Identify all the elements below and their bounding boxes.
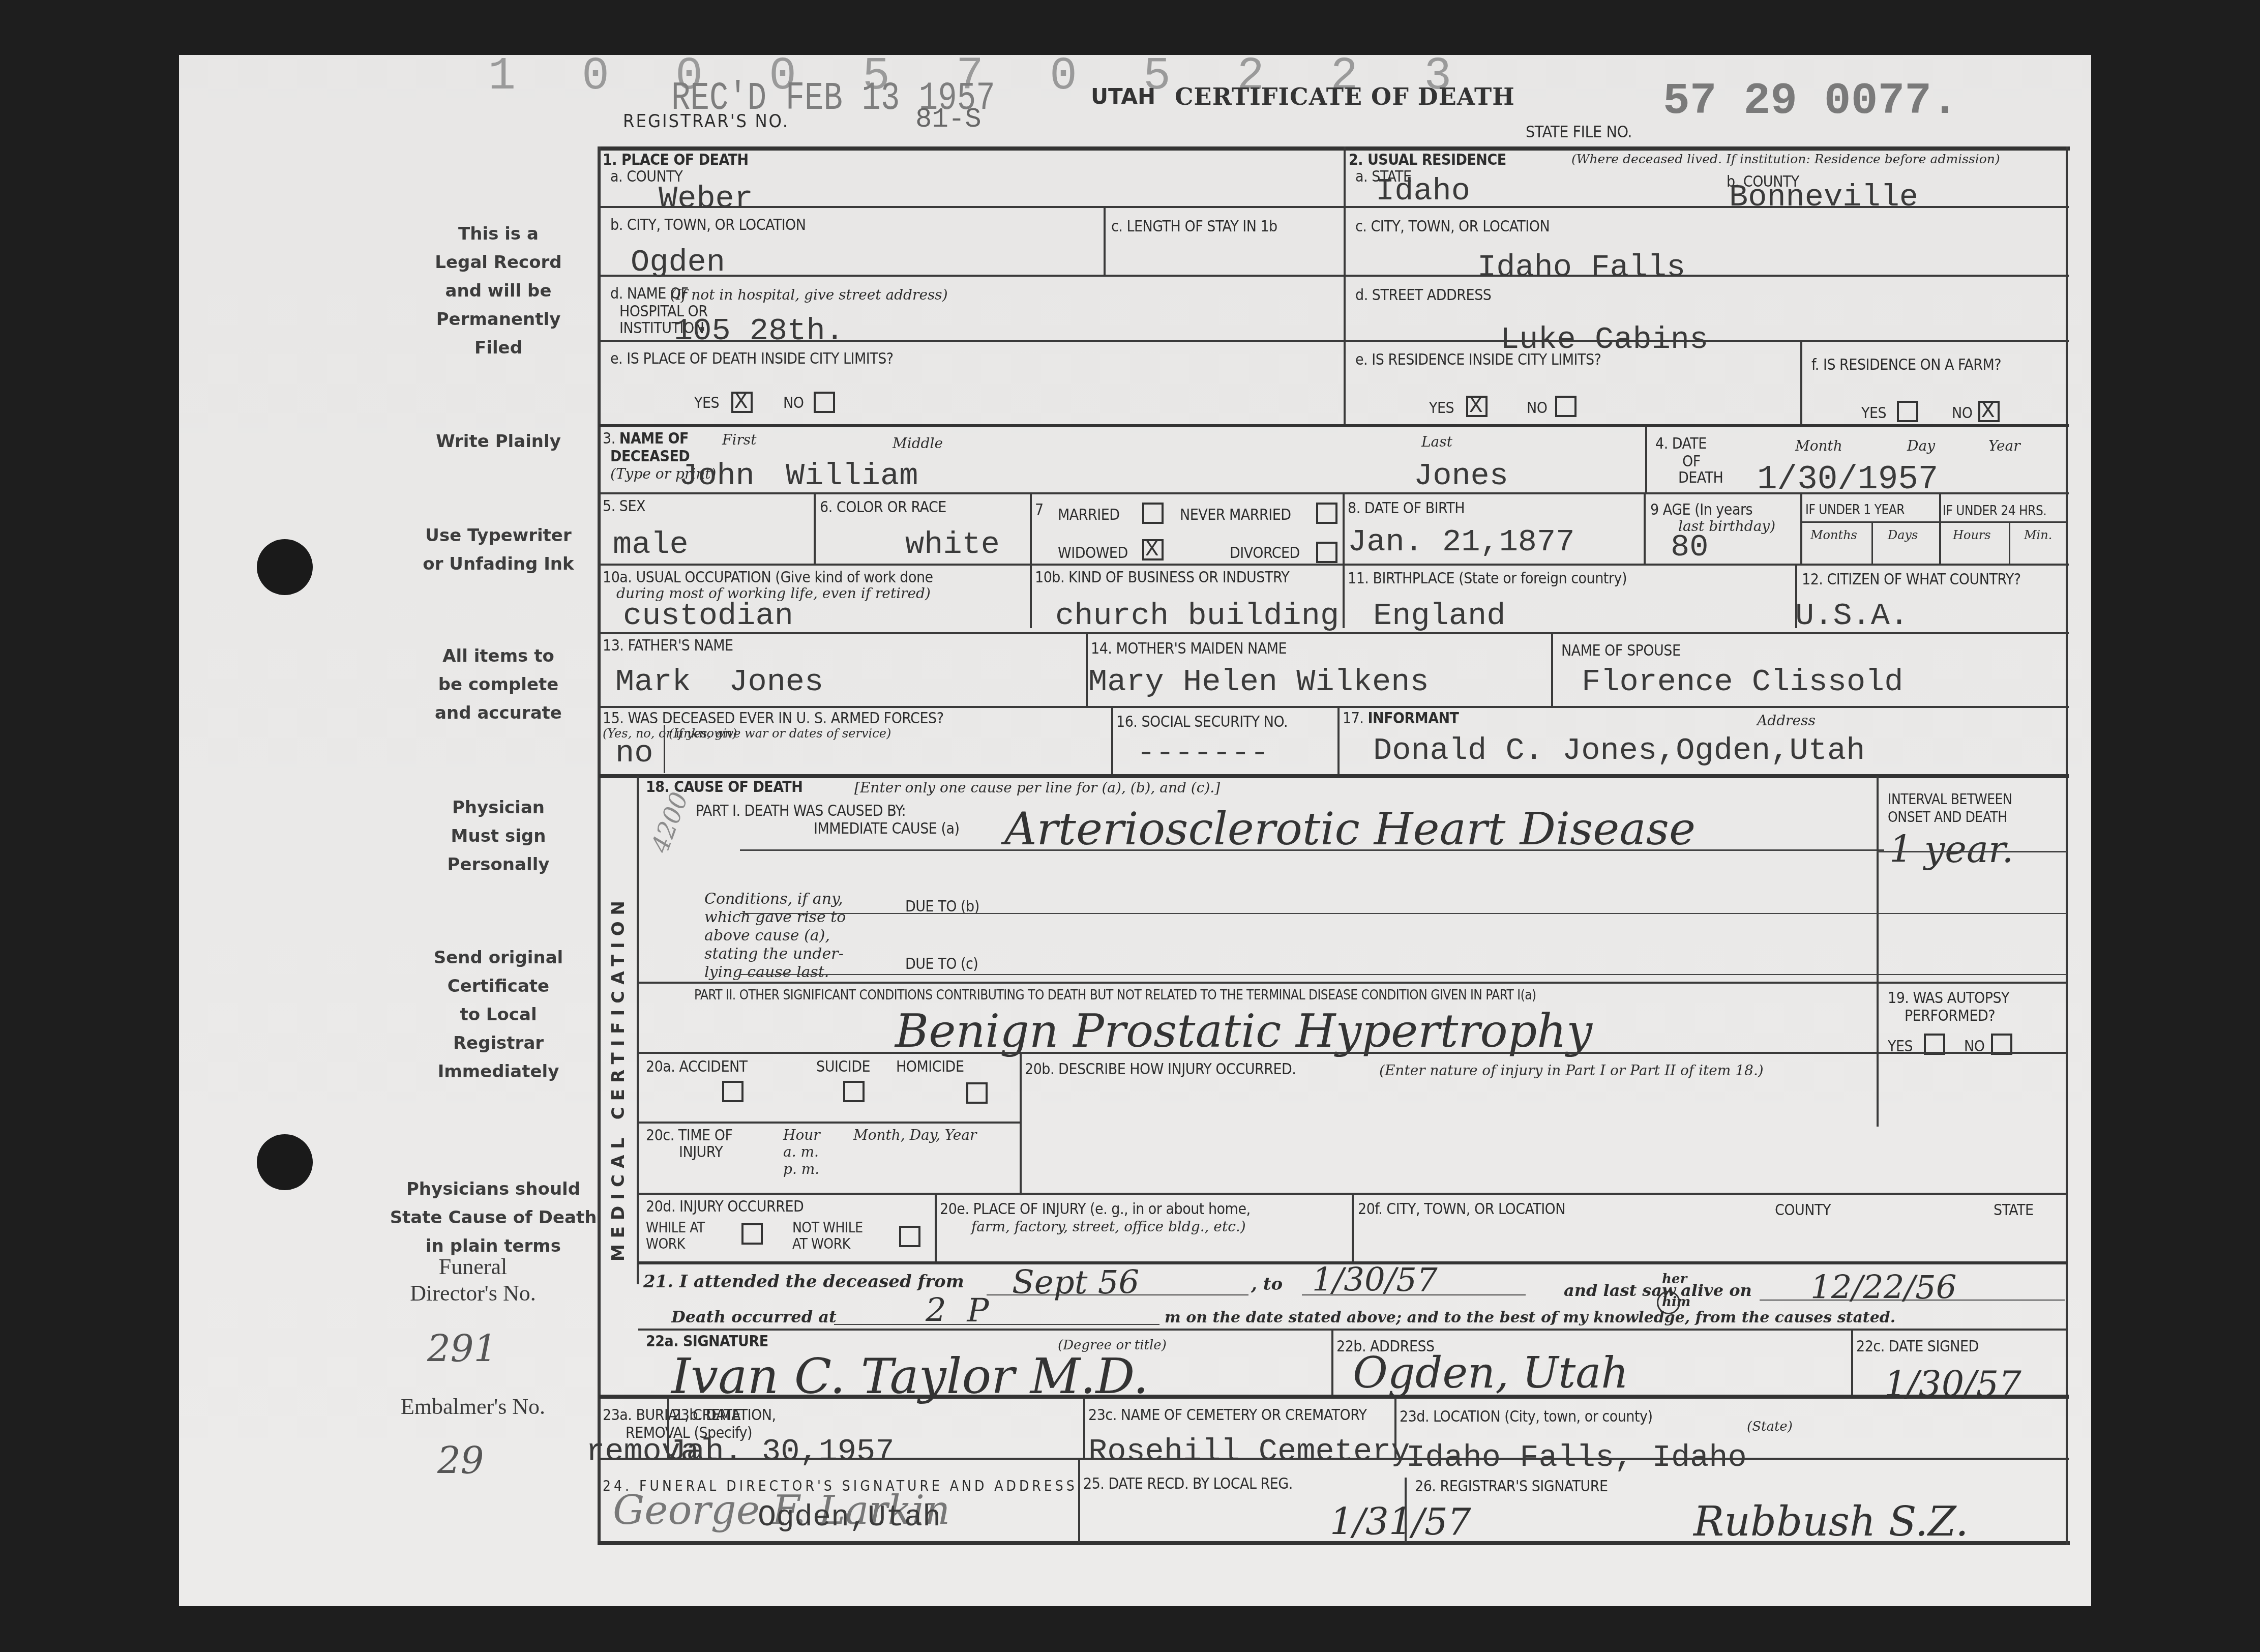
part1-label: PART I. DEATH WAS CAUSED BY: (696, 802, 906, 820)
occupation: custodian (623, 598, 793, 634)
death-inside-city-no-label: NO (783, 394, 804, 412)
form-top-border (598, 146, 2070, 151)
sidebar-note-send-original: Send original Certificate to Local Regis… (402, 943, 595, 1086)
registrar-no: 81-S (915, 104, 982, 135)
race-label: 6. COLOR OR RACE (820, 498, 946, 516)
divider (1030, 565, 1032, 628)
divider (599, 632, 2069, 634)
informant-label: 17. INFORMANT (1343, 710, 1459, 727)
divider (638, 1122, 1021, 1124)
mother-maiden-name: Mary Helen Wilkens (1088, 664, 1429, 700)
place-of-death-label: 1. PLACE OF DEATH (603, 151, 749, 169)
divider (1331, 1330, 1333, 1396)
divider (599, 564, 2069, 566)
place-of-injury-label: 20e. PLACE OF INJURY (e. g., in or about… (940, 1200, 1251, 1218)
autopsy-label-2: PERFORMED? (1905, 1007, 1995, 1025)
divider (1645, 427, 1647, 493)
divider (740, 849, 1884, 851)
mother-maiden-name-label: 14. MOTHER'S MAIDEN NAME (1091, 640, 1287, 658)
injury-state-label: STATE (1994, 1201, 2033, 1219)
hours-label: Hours (1953, 528, 1991, 542)
under-1-year-label: IF UNDER 1 YEAR (1805, 503, 1905, 518)
father-name-label: 13. FATHER'S NAME (603, 637, 733, 655)
divider (1086, 633, 1088, 707)
disposition-date-label: 23b. DATE (672, 1406, 740, 1424)
divider (1344, 146, 1346, 426)
injury-description-label: 20b. DESCRIBE HOW INJURY OCCURRED. (1025, 1060, 1296, 1078)
days-label: Days (1888, 528, 1918, 542)
death-inside-city-yes-checkbox[interactable] (731, 392, 753, 413)
divider (1644, 493, 1646, 565)
accident-checkbox[interactable] (722, 1081, 744, 1102)
occupation-label: 10a. USUAL OCCUPATION (Give kind of work… (603, 569, 933, 586)
divider (1877, 851, 2067, 852)
death-time-line (834, 1324, 1159, 1325)
date-of-death-label-2: OF (1682, 453, 1701, 470)
burial-location-label: 23d. LOCATION (City, town, or county) (1400, 1408, 1653, 1426)
medical-certification-label: MEDICAL CERTIFICATION (608, 895, 629, 1261)
date-signed-label: 22c. DATE SIGNED (1856, 1338, 1979, 1355)
father-name: Mark Jones (615, 664, 823, 700)
dob-label: 8. DATE OF BIRTH (1348, 499, 1465, 517)
last-name-label: Last (1421, 433, 1452, 450)
divider (599, 424, 2069, 427)
homicide-label: HOMICIDE (896, 1058, 964, 1076)
injury-occurred-label: 20d. INJURY OCCURRED (646, 1198, 804, 1216)
divider (1337, 707, 1340, 776)
divider (814, 493, 816, 565)
age-label: 9 AGE (In years (1650, 501, 1752, 519)
date-of-death-label: 4. DATE (1655, 435, 1707, 453)
form-right-border (2066, 146, 2068, 1545)
registrar-signature-label: 26. REGISTRAR'S SIGNATURE (1415, 1478, 1608, 1495)
divider (599, 492, 2069, 494)
residence-farm-yes-label: YES (1861, 404, 1886, 422)
business: church building (1055, 598, 1339, 634)
divider (1078, 1459, 1080, 1543)
divider (599, 340, 2069, 342)
cause-of-death-label: 18. CAUSE OF DEATH (646, 778, 802, 796)
injury-city-label: 20f. CITY, TOWN, OR LOCATION (1358, 1200, 1565, 1218)
never-married-label: NEVER MARRIED (1180, 506, 1291, 524)
sidebar-note-typewriter: Use Typewriter or Unfading Ink (392, 521, 605, 578)
embalmer-no: 29 (437, 1439, 484, 1482)
death-city-label: b. CITY, TOWN, OR LOCATION (610, 216, 806, 234)
armed-forces-label: 15. WAS DECEASED EVER IN U. S. ARMED FOR… (603, 710, 944, 727)
burial-state-label: (State) (1747, 1419, 1793, 1434)
birthplace-label: 11. BIRTHPLACE (State or foreign country… (1348, 570, 1627, 587)
conditions-hint: Conditions, if any, which gave rise to a… (704, 890, 846, 982)
divider (664, 725, 665, 773)
month-label: Month (1795, 437, 1842, 454)
divider (1343, 493, 1345, 565)
divider (1800, 493, 1802, 565)
autopsy-label-1: 19. WAS AUTOPSY (1888, 989, 2009, 1007)
embalmer-no-label: Embalmer's No. (371, 1394, 575, 1420)
informant: Donald C. Jones,Ogden,Utah (1373, 732, 1865, 769)
divider (2009, 522, 2010, 565)
attended-label: 21. I attended the deceased from (643, 1272, 964, 1292)
alive-on-label: alive on (1681, 1281, 1752, 1300)
residence-inside-city-no-checkbox[interactable] (1555, 396, 1577, 417)
year-label: Year (1988, 437, 2020, 454)
month-day-year-label: Month, Day, Year (853, 1127, 976, 1143)
funeral-director-no: 291 (427, 1327, 497, 1370)
marital-status-num: 7 (1035, 501, 1044, 519)
am-label: a. m. (783, 1143, 819, 1160)
divider (1877, 776, 1879, 1127)
citizen: U.S.A. (1795, 598, 1909, 634)
armed-forces-service-hint: (If yes, give war or dates of service) (669, 726, 891, 741)
divider (1020, 1053, 1022, 1195)
place-of-injury-hint: farm, factory, street, office bldg., etc… (971, 1218, 1246, 1235)
death-occurred-label: Death occurred at (671, 1307, 837, 1326)
day-label: Day (1907, 437, 1935, 454)
sidebar-note-cause-plain: Physicians should State Cause of Death i… (376, 1175, 610, 1260)
injury-county-label: COUNTY (1775, 1201, 1831, 1219)
informant-address-label: Address (1757, 712, 1816, 729)
first-name: John (679, 458, 755, 494)
divider (638, 1052, 2067, 1054)
min-label: Min. (2024, 528, 2052, 542)
punch-hole (257, 1134, 313, 1190)
homicide-checkbox[interactable] (966, 1082, 988, 1104)
death-occurred-suffix: m on the date stated above; and to the b… (1165, 1309, 1895, 1326)
divider (1939, 493, 1941, 565)
married-checkbox[interactable] (1142, 503, 1164, 524)
residence-farm-no-label: NO (1952, 404, 1972, 422)
divider (1030, 493, 1032, 565)
title-state: UTAH (1091, 84, 1155, 109)
divider (599, 706, 2069, 708)
race: white (905, 526, 1000, 563)
due-to-c-line (740, 974, 2067, 975)
residence-county: Bonneville (1729, 179, 1918, 215)
certificate-title: CERTIFICATE OF DEATH (1175, 83, 1515, 110)
months-label: Months (1810, 528, 1857, 542)
date-of-death-label-3: DEATH (1678, 469, 1723, 487)
divider (1871, 522, 1873, 565)
widowed-checkbox[interactable] (1142, 539, 1164, 560)
hospital-address: 105 28th. (674, 313, 844, 349)
divider (935, 1194, 937, 1263)
residence-street-label: d. STREET ADDRESS (1355, 286, 1491, 304)
last-saw-date: 12/22/56 (1810, 1269, 1956, 1307)
state-file-no: 57 29 0077. (1663, 76, 1958, 127)
divider (599, 774, 2069, 778)
part2-condition: Benign Prostatic Hypertrophy (895, 1005, 1592, 1058)
spouse-name: Florence Clissold (1582, 664, 1904, 700)
divider (599, 275, 2069, 277)
divider (1343, 565, 1345, 628)
hospital-hint: (If not in hospital, give street address… (670, 286, 948, 303)
middle-name-label: Middle (893, 435, 943, 452)
residence-inside-city-label: e. IS RESIDENCE INSIDE CITY LIMITS? (1355, 351, 1601, 369)
death-inside-city-label: e. IS PLACE OF DEATH INSIDE CITY LIMITS? (610, 350, 894, 368)
funeral-director-address: Ogden,Utah (758, 1500, 941, 1535)
divorced-label: DIVORCED (1230, 544, 1300, 562)
due-to-b-line (740, 913, 2067, 914)
first-name-label: First (722, 431, 756, 448)
punch-hole (257, 539, 313, 595)
middle-name: William (786, 458, 918, 494)
death-inside-city-yes-label: YES (694, 394, 719, 412)
citizen-label: 12. CITIZEN OF WHAT COUNTRY? (1802, 571, 2021, 588)
due-to-c-label: DUE TO (c) (905, 955, 978, 973)
form-left-border (598, 146, 601, 1545)
widowed-label: WIDOWED (1058, 544, 1128, 562)
length-of-stay-label: c. LENGTH OF STAY IN 1b (1111, 218, 1277, 235)
divider (638, 982, 2067, 984)
sidebar-note-write-plainly: Write Plainly (402, 427, 595, 456)
funeral-director-no-label: Funeral Director's No. (371, 1254, 575, 1307)
ssn-label: 16. SOCIAL SECURITY NO. (1116, 713, 1288, 731)
sex-label: 5. SEX (603, 497, 645, 515)
divider (1394, 1398, 1396, 1458)
attended-from: Sept 56 (1012, 1264, 1139, 1302)
spouse-name-label: NAME OF SPOUSE (1561, 642, 1681, 660)
divider (1551, 633, 1553, 707)
never-married-checkbox[interactable] (1316, 503, 1337, 524)
sex: male (613, 526, 689, 563)
divider (637, 776, 639, 1284)
divider (1352, 1194, 1354, 1263)
date-received: 1/31/57 (1330, 1500, 1471, 1543)
while-at-work-label: WHILE AT WORK (646, 1220, 705, 1252)
residence-farm-yes-checkbox[interactable] (1897, 401, 1918, 422)
part2-label: PART II. OTHER SIGNIFICANT CONDITIONS CO… (694, 988, 1536, 1003)
disposition-date: Jan. 30,1957 (667, 1433, 894, 1469)
deceased-name-label: 3. NAME OF (603, 430, 689, 448)
sidebar-note-physician-sign: Physician Must sign Personally (402, 793, 595, 879)
cemetery: Rosehill Cemetery (1088, 1433, 1410, 1469)
divorced-checkbox[interactable] (1316, 542, 1337, 563)
injury-description-hint: (Enter nature of injury in Part I or Par… (1379, 1062, 1764, 1079)
date-of-birth: Jan. 21,1877 (1348, 524, 1574, 560)
sidebar-note-complete: All items to be complete and accurate (402, 642, 595, 727)
divider (1800, 341, 1802, 427)
sidebar-note-legal-record: This is a Legal Record and will be Perma… (402, 220, 595, 362)
suicide-label: SUICIDE (816, 1058, 870, 1076)
under-24-hrs-label: IF UNDER 24 HRS. (1943, 504, 2046, 519)
business-label: 10b. KIND OF BUSINESS OR INDUSTRY (1035, 569, 1289, 586)
hour-label: Hour (783, 1127, 820, 1143)
cause-of-death-hint: [Enter only one cause per line for (a), … (854, 779, 1220, 796)
death-county: Weber (659, 181, 753, 217)
death-time: 2 P (926, 1292, 989, 1330)
divider (1851, 1330, 1853, 1396)
usual-residence-label: 2. USUAL RESIDENCE (1349, 151, 1506, 169)
residence-inside-city-no-label: NO (1527, 399, 1547, 417)
not-while-at-work-label: NOT WHILE AT WORK (792, 1220, 863, 1252)
residence-city: Idaho Falls (1477, 249, 1685, 285)
age: 80 (1671, 529, 1708, 565)
birthplace: England (1373, 598, 1505, 634)
last-name: Jones (1414, 458, 1508, 494)
married-label: MARRIED (1058, 506, 1120, 524)
accident-label: 20a. ACCIDENT (646, 1058, 748, 1076)
residence-farm-label: f. IS RESIDENCE ON A FARM? (1811, 356, 2001, 374)
divider (599, 1458, 2069, 1460)
date-recd-label: 25. DATE RECD. BY LOCAL REG. (1083, 1475, 1293, 1493)
registrar-no-label: REGISTRAR'S NO. (623, 111, 789, 132)
residence-city-label: c. CITY, TOWN, OR LOCATION (1355, 218, 1550, 235)
armed-forces: no (615, 735, 653, 771)
attended-to: 1/30/57 (1312, 1261, 1438, 1299)
divider (599, 1395, 2069, 1399)
registrar-signature: Rubbush S.Z. (1693, 1498, 1969, 1545)
residence-inside-city-yes-checkbox[interactable] (1466, 396, 1488, 417)
death-inside-city-no-checkbox[interactable] (814, 392, 835, 413)
interval-label-2: ONSET AND DEATH (1888, 809, 2007, 825)
divider (1111, 707, 1113, 776)
physician-address: Ogden, Utah (1353, 1348, 1628, 1398)
residence-farm-no-checkbox[interactable] (1978, 401, 2000, 422)
pm-label: p. m. (783, 1161, 819, 1177)
social-security-no: ------- (1137, 735, 1269, 771)
residence-state: Idaho (1376, 173, 1470, 209)
while-at-work-checkbox[interactable] (741, 1223, 763, 1245)
state-file-no-label: STATE FILE NO. (1526, 122, 1632, 141)
to-label: , to (1251, 1274, 1283, 1294)
immediate-cause-label: IMMEDIATE CAUSE (a) (814, 820, 960, 838)
divider (1800, 521, 2067, 523)
interval: 1 year. (1889, 828, 2013, 871)
time-of-injury-label: 20c. TIME OF (646, 1127, 732, 1144)
immediate-cause: Arteriosclerotic Heart Disease (1004, 803, 1696, 855)
suicide-checkbox[interactable] (843, 1081, 865, 1102)
divider (1083, 1398, 1085, 1458)
not-while-at-work-checkbox[interactable] (899, 1226, 920, 1247)
residence-inside-city-yes-label: YES (1429, 399, 1454, 417)
divider (1104, 208, 1106, 276)
interval-label-1: INTERVAL BETWEEN (1888, 791, 2012, 808)
divider (1405, 1478, 1407, 1543)
time-of-injury-label-2: INJURY (679, 1143, 723, 1161)
usual-residence-hint: (Where deceased lived. If institution: R… (1571, 152, 2000, 166)
cemetery-label: 23c. NAME OF CEMETERY OR CREMATORY (1088, 1406, 1367, 1424)
deceased-name-label-2: DECEASED (610, 448, 690, 465)
